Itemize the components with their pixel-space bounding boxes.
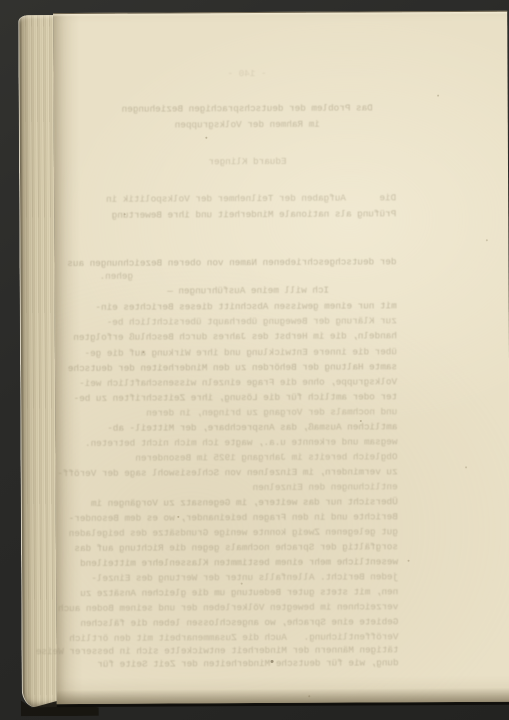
scanned-blank-page: - 140 -Das Problem der deutschsprachigen…: [53, 11, 509, 704]
bleed-lines: - 140 -Das Problem der deutschsprachigen…: [98, 12, 399, 704]
bleed-line: im Rahmen der Volksgruppen: [99, 118, 396, 131]
bleed-line: wegsam und erkennte u.a., wagte ich mich…: [100, 436, 397, 449]
bleed-line: Volksgruppe, ohne die Frage einzeln wiss…: [100, 376, 397, 389]
bleed-line: Die Aufgaben der Teilnehmer der Volkspol…: [99, 192, 396, 205]
bleed-line: Berichte und in den Fragen beieinander, …: [101, 511, 398, 524]
bleed-line: Prüfung als nationale Minderheit und ihr…: [99, 208, 396, 221]
paper-specks: [53, 14, 54, 15]
bleed-through-layer: - 140 -Das Problem der deutschsprachigen…: [53, 12, 509, 704]
bleed-line: - 140 -: [98, 67, 395, 80]
bleed-line: dung, wie für deutsche Minderheiten der …: [102, 657, 399, 670]
bleed-line: sorgfältig der Sprache nochmals gegen di…: [101, 541, 398, 554]
bleed-line: tätigen Männern der Minderheit entwickel…: [101, 644, 398, 657]
bleed-line: amtlichen Ausmaß, das Ansprechbare, der …: [100, 421, 397, 434]
bleed-line: wesentliche mehr einem bestimmten Klasse…: [101, 556, 398, 569]
bleed-line: Gebiete eine Sprache, wo angeschlossen l…: [101, 616, 398, 629]
bleed-line: gehen.: [100, 269, 397, 282]
bleed-line: handeln, die im Herbst des Jahres durch …: [100, 330, 397, 343]
bleed-line: ter oder amtlich für die Lösung, ihre Ze…: [100, 391, 397, 404]
bleed-line: Eduard Klinger: [99, 155, 396, 168]
bleed-line: über die innere Entwicklung und ihre Wir…: [100, 346, 397, 359]
bleed-line: Übersicht nur das weitere, im Gegensatz …: [101, 496, 398, 509]
bleed-line: zur Klärung der Bewegung überhaupt übers…: [100, 315, 397, 328]
bleed-line: samte Haltung der Behörden zu den Minder…: [100, 361, 397, 374]
bleed-line: und nochmals der Vorgang zu bringen, in …: [100, 406, 397, 419]
bleed-line: nen, mit stets guter Bedeutung um die gl…: [101, 586, 398, 599]
bleed-line: entlichungen den Einzelnen: [101, 481, 398, 494]
bleed-line: Obgleich bereits im Jahrgang 1925 im Bes…: [100, 451, 397, 464]
bleed-line: gut gelegenen Zweig konnte wenige Grunds…: [101, 526, 398, 539]
bleed-line: der deutschgeschriebenen Namen von obere…: [99, 256, 396, 269]
book: - 140 -Das Problem der deutschsprachigen…: [0, 0, 509, 720]
bleed-line: mit nur einem gewissen Abschnitt dieses …: [100, 300, 397, 313]
bleed-line: Veröffentlichung. Auch die Zusammenarbei…: [101, 631, 398, 644]
bleed-line: Das Problem der deutschsprachigen Bezieh…: [99, 102, 396, 115]
bleed-line: verzeichnen im bewegten Völkerleben der …: [101, 601, 398, 614]
bleed-line: Ich will meine Ausführungen —: [100, 284, 397, 297]
bleed-line: zu vermindern, im Einzelnen von Schlesis…: [101, 466, 398, 479]
book-scan-scene: - 140 -Das Problem der deutschsprachigen…: [0, 0, 509, 720]
bleed-line: jeden Bericht. Allenfalls unter der Wert…: [101, 571, 398, 584]
